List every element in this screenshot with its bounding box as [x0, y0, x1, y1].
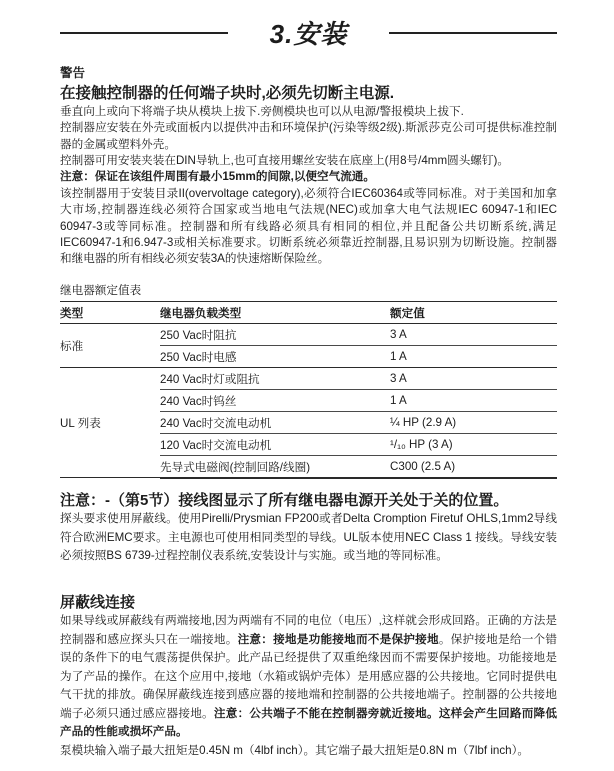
- relay-table-title: 继电器额定值表: [60, 282, 557, 298]
- table-row: UL 列表 240 Vac时灯或阻抗 3 A: [60, 367, 557, 389]
- cell-rating: 1 A: [390, 345, 557, 367]
- cell-rating: ¹/₁₀ HP (3 A): [390, 433, 557, 455]
- cell-load: 250 Vac时电感: [160, 345, 390, 367]
- warning-label: 警告: [60, 66, 557, 82]
- title-rule-left: [60, 32, 228, 34]
- col-header-rating: 额定值: [390, 301, 557, 323]
- cell-load: 120 Vac时交流电动机: [160, 433, 390, 455]
- paragraph-enclosure: 控制器应安装在外壳或面板内以提供冲击和环境保护(污染等级2级).斯派莎克公司可提…: [60, 120, 557, 153]
- wiring-note-headline: 注意：-（第5节）接线图显示了所有继电器电源开关处于关的位置。: [60, 491, 557, 511]
- table-header-row: 类型 继电器负载类型 额定值: [60, 301, 557, 323]
- cell-load: 先导式电磁阀(控制回路/线圈): [160, 455, 390, 478]
- cell-load: 250 Vac时阻抗: [160, 323, 390, 345]
- group-type-ul-listed: UL 列表: [60, 367, 160, 478]
- paragraph-din-rail: 控制器可用安装夹装在DIN导轨上,也可直接用螺丝安装在底座上(用8号/4mm圆头…: [60, 153, 557, 169]
- shield-paragraph: 如果导线或屏蔽线有两端接地,因为两端有不同的电位（电压）,这样就会形成回路。正确…: [60, 612, 557, 742]
- torque-paragraph: 泵模块输入端子最大扭矩是0.45N m（4lbf inch）。其它端子最大扭矩是…: [60, 742, 557, 761]
- cell-rating: 3 A: [390, 367, 557, 389]
- cell-rating: 1 A: [390, 389, 557, 411]
- page-content: 警告 在接触控制器的任何端子块时,必须先切断主电源. 垂直向上或向下将端子块从模…: [60, 66, 557, 760]
- col-header-type: 类型: [60, 301, 160, 323]
- paragraph-terminal-unplug: 垂直向上或向下将端子块从模块上拔下.旁侧模块也可以从电源/警报模块上拔下.: [60, 104, 557, 120]
- manual-page: 3.安装 警告 在接触控制器的任何端子块时,必须先切断主电源. 垂直向上或向下将…: [0, 14, 614, 760]
- group-type-standard: 标准: [60, 323, 160, 367]
- cell-rating: ¼ HP (2.9 A): [390, 411, 557, 433]
- relay-rating-table: 类型 继电器负载类型 额定值 标准 250 Vac时阻抗 3 A 250 Vac…: [60, 301, 557, 479]
- clearance-note: 注意：保证在该组件周围有最小15mm的间隙,以便空气流通。: [60, 169, 557, 185]
- section-title-row: 3.安装: [60, 14, 557, 51]
- title-rule-right: [389, 32, 557, 34]
- wiring-note-body: 探头要求使用屏蔽线。使用Pirelli/Prysmian FP200或者Delt…: [60, 510, 557, 566]
- warning-headline: 在接触控制器的任何端子块时,必须先切断主电源.: [60, 84, 557, 104]
- table-row: 标准 250 Vac时阻抗 3 A: [60, 323, 557, 345]
- paragraph-standards: 该控制器用于安装目录II(overvoltage category),必须符合I…: [60, 186, 557, 268]
- cell-rating: 3 A: [390, 323, 557, 345]
- cell-load: 240 Vac时灯或阻抗: [160, 367, 390, 389]
- col-header-load: 继电器负载类型: [160, 301, 390, 323]
- page-title: 3.安装: [270, 14, 348, 51]
- cell-load: 240 Vac时钨丝: [160, 389, 390, 411]
- shield-section-heading: 屏蔽线连接: [60, 593, 557, 613]
- cell-load: 240 Vac时交流电动机: [160, 411, 390, 433]
- shield-note-functional-earth: 注意：接地是功能接地而不是保护接地: [238, 633, 439, 646]
- cell-rating: C300 (2.5 A): [390, 455, 557, 478]
